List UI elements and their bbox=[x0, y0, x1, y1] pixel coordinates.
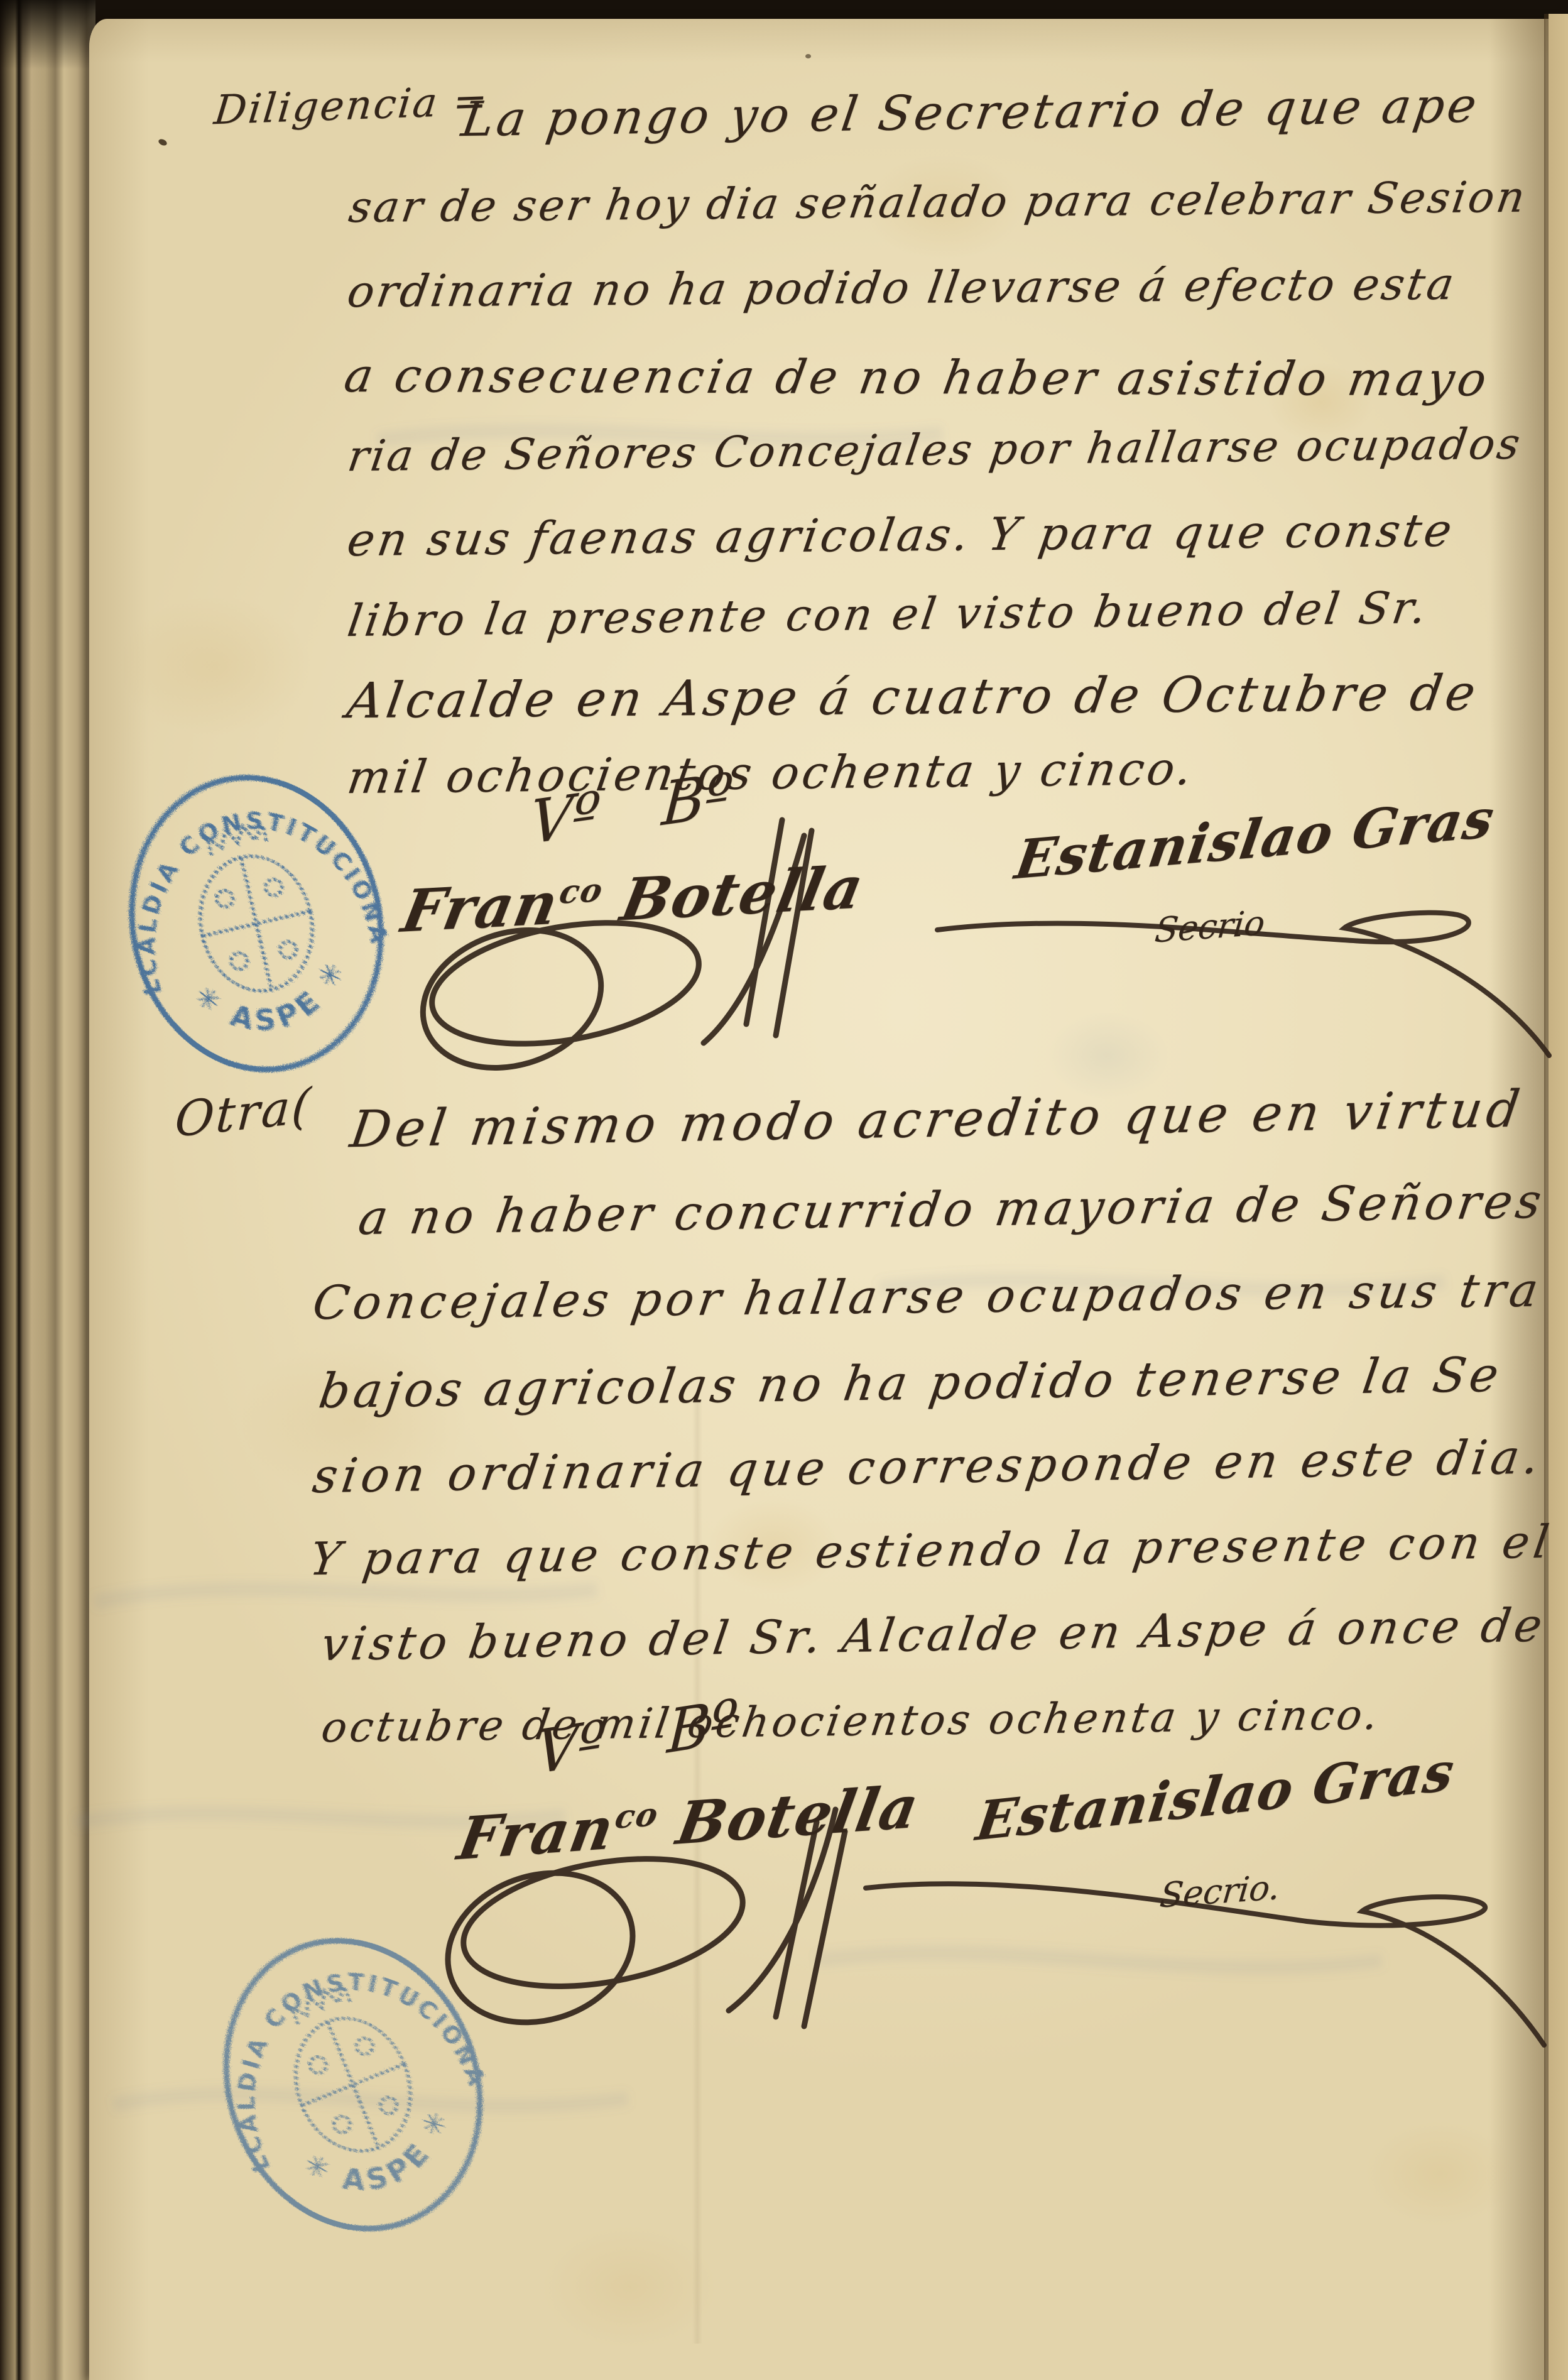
signature-text: Botella bbox=[594, 853, 869, 936]
ink-speck bbox=[805, 54, 811, 58]
entry1-line: a consecuencia de no haber asistido mayo bbox=[340, 349, 1494, 407]
signature-text: Fran bbox=[453, 1794, 619, 1874]
entry1-line: Alcalde en Aspe á cuatro de Octubre de bbox=[343, 665, 1483, 729]
entry1-margin-label: Diligencia = bbox=[212, 79, 491, 134]
entry1-line: ordinaria no ha podido llevarse á efecto… bbox=[344, 259, 1460, 317]
underlying-page-edge bbox=[1544, 14, 1568, 2380]
signature-superscript: co bbox=[612, 1794, 662, 1836]
entry1-line: mil ochocientos ochenta y cinco. bbox=[344, 743, 1199, 804]
entry1-secretario-title: Secrio bbox=[1153, 903, 1266, 951]
entry1-line: sar de ser hoy dia señalado para celebra… bbox=[346, 173, 1530, 233]
signature-text: Fran bbox=[396, 869, 565, 946]
entry1-line: en sus faenas agricolas. Y para que cons… bbox=[344, 505, 1459, 566]
book-binding-page-edges bbox=[0, 0, 95, 2380]
